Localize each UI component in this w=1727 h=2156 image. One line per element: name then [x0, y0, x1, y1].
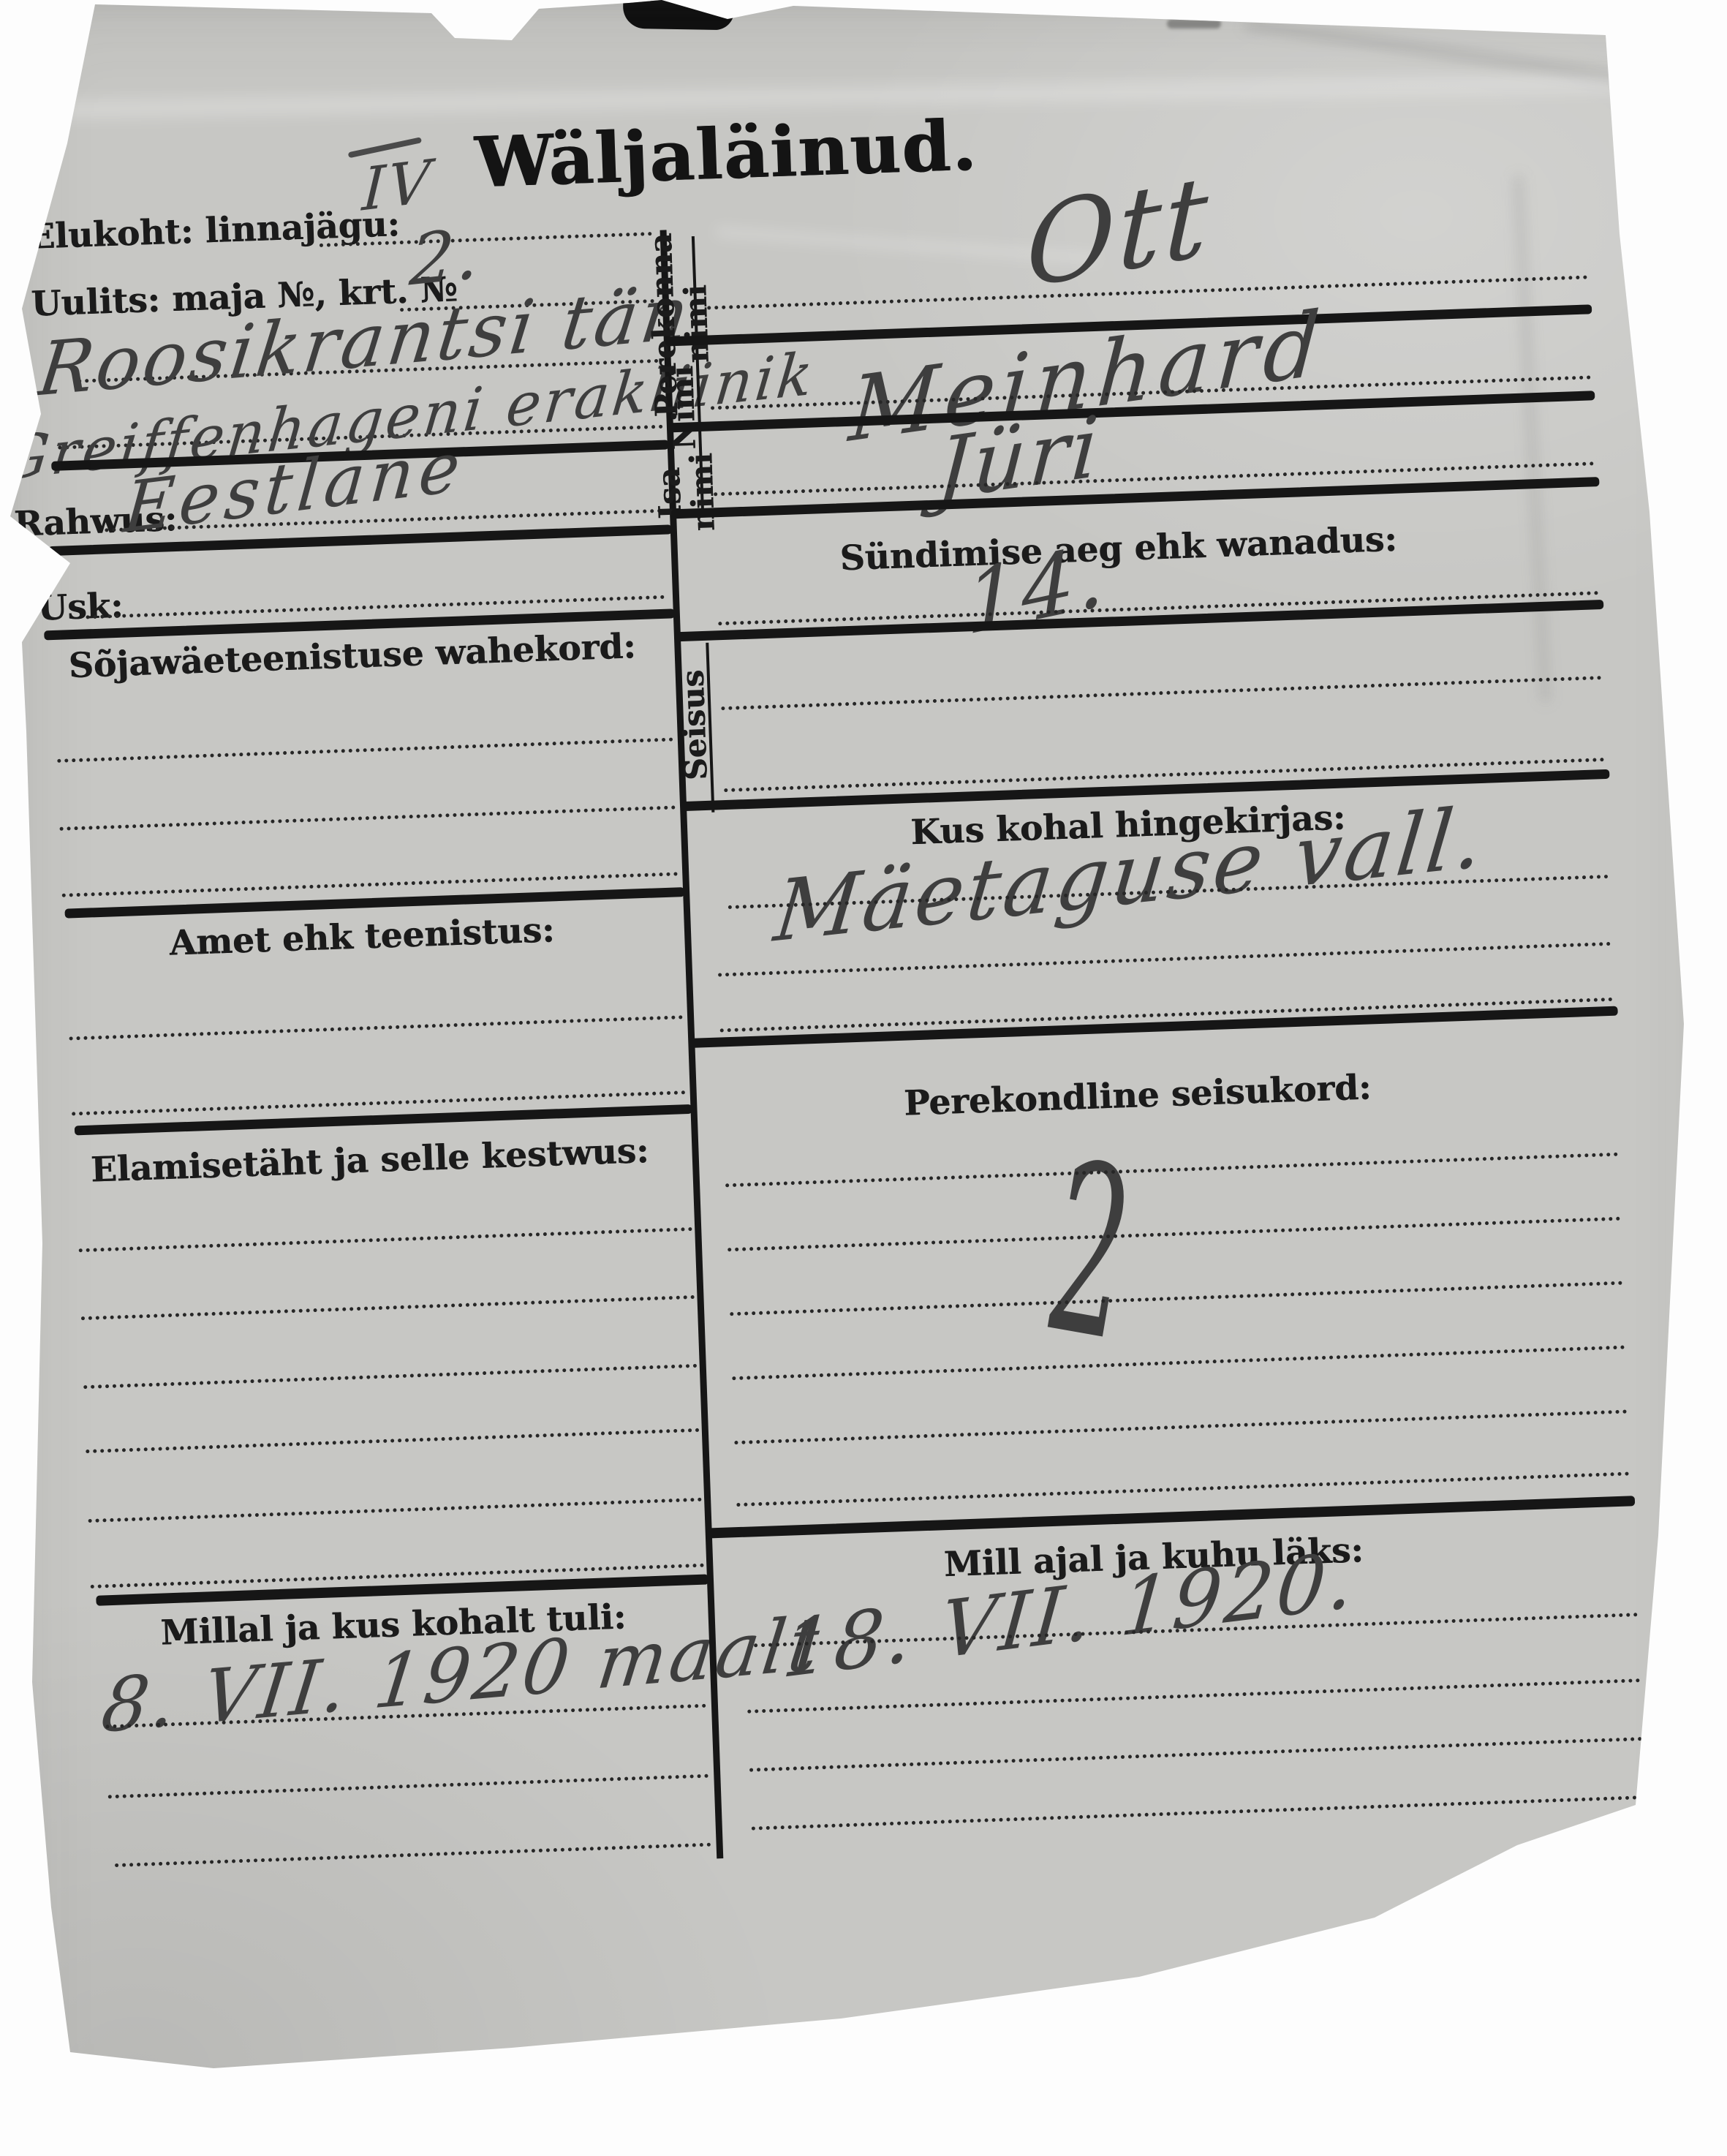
scanned-form-paper: Wäljaläinud. Elukoht: linnajägu: IV Uuli… [0, 0, 1727, 2156]
scan-vignette [0, 0, 1727, 2156]
